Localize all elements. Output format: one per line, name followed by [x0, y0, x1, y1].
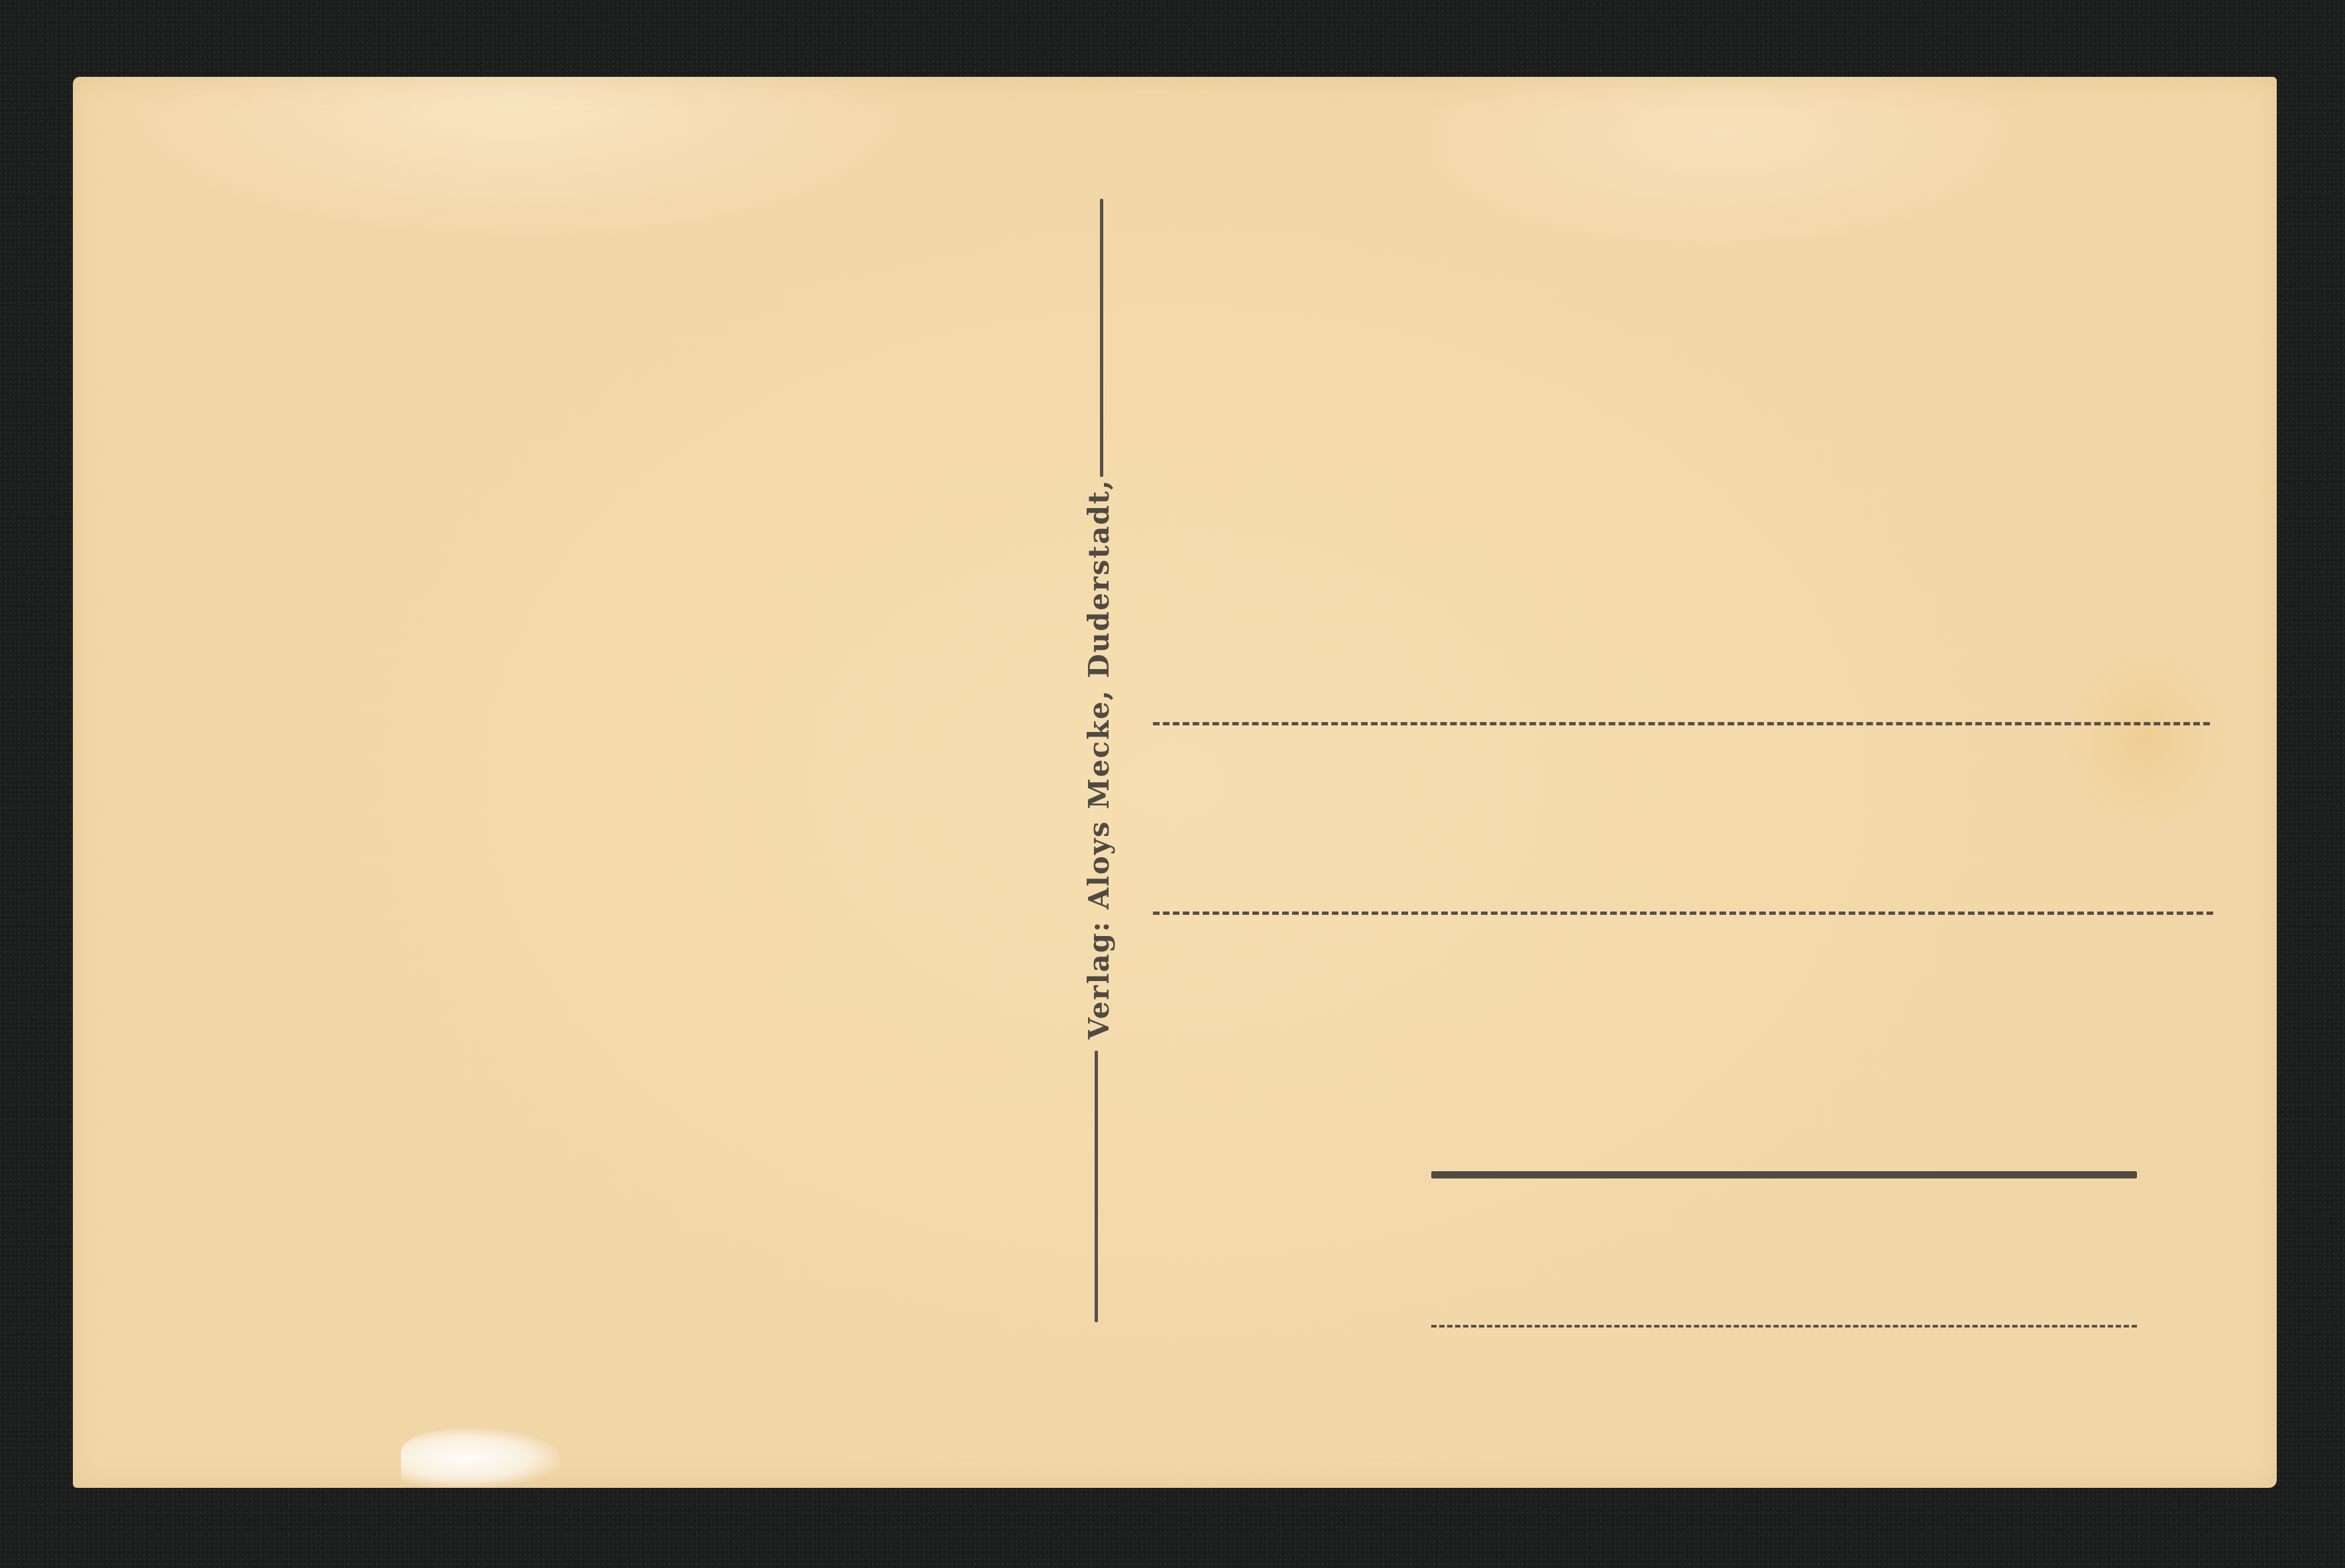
postcard-back: Verlag: Aloys Mecke, Duderstadt, — [73, 77, 2277, 1488]
address-line-1 — [1153, 722, 2210, 725]
address-line-3-solid — [1431, 1171, 2137, 1178]
divider-line-top — [1100, 199, 1103, 477]
paper-damage-spot — [401, 1428, 560, 1488]
publisher-imprint: Verlag: Aloys Mecke, Duderstadt, — [1083, 479, 1115, 1039]
address-line-4 — [1431, 1325, 2137, 1328]
divider-line-bottom — [1095, 1051, 1098, 1322]
address-line-2 — [1153, 912, 2213, 915]
